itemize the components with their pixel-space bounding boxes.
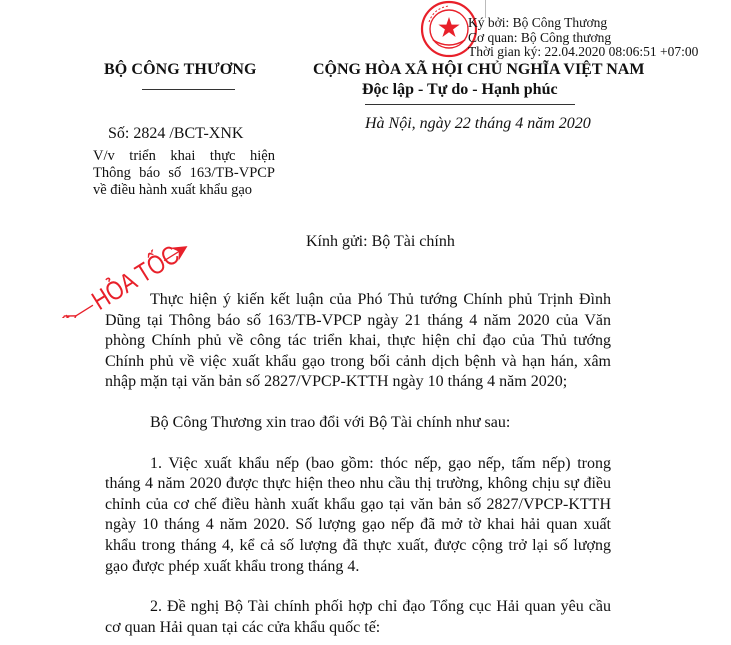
issuing-body-underline xyxy=(142,89,235,90)
subject-line: V/v triển khai thực hiện xyxy=(93,148,275,165)
document-body: Thực hiện ý kiến kết luận của Phó Thủ tư… xyxy=(105,290,611,638)
body-paragraph: Thực hiện ý kiến kết luận của Phó Thủ tư… xyxy=(105,290,611,393)
signing-time: Thời gian ký: 22.04.2020 08:06:51 +07:00 xyxy=(468,45,698,60)
body-paragraph: 2. Đề nghị Bộ Tài chính phối hợp chỉ đạo… xyxy=(105,597,611,638)
body-paragraph: Bộ Công Thương xin trao đổi với Bộ Tài c… xyxy=(105,413,611,434)
place-date: Hà Nội, ngày 22 tháng 4 năm 2020 xyxy=(365,115,591,133)
body-paragraph: 1. Việc xuất khẩu nếp (bao gồm: thóc nếp… xyxy=(105,454,611,578)
issuing-body: BỘ CÔNG THƯƠNG xyxy=(104,61,257,79)
nation-title: CỘNG HÒA XÃ HỘI CHỦ NGHĨA VIỆT NAM xyxy=(313,61,644,79)
recipient: Kính gửi: Bộ Tài chính xyxy=(306,233,455,251)
document-number: Số: 2824 /BCT-XNK xyxy=(108,125,243,143)
digital-signature: Ký bởi: Bộ Công Thương Cơ quan: Bộ Công … xyxy=(468,16,698,60)
national-motto: Độc lập - Tự do - Hạnh phúc xyxy=(362,81,558,99)
subject-line: về điều hành xuất khẩu gạo xyxy=(93,182,275,199)
signed-by: Ký bởi: Bộ Công Thương xyxy=(468,16,698,31)
subject-line: Thông báo số 163/TB-VPCP xyxy=(93,165,275,182)
motto-underline xyxy=(365,104,575,105)
document-subject: V/v triển khai thực hiện Thông báo số 16… xyxy=(93,148,275,199)
signing-agency: Cơ quan: Bộ Công thương xyxy=(468,31,698,46)
